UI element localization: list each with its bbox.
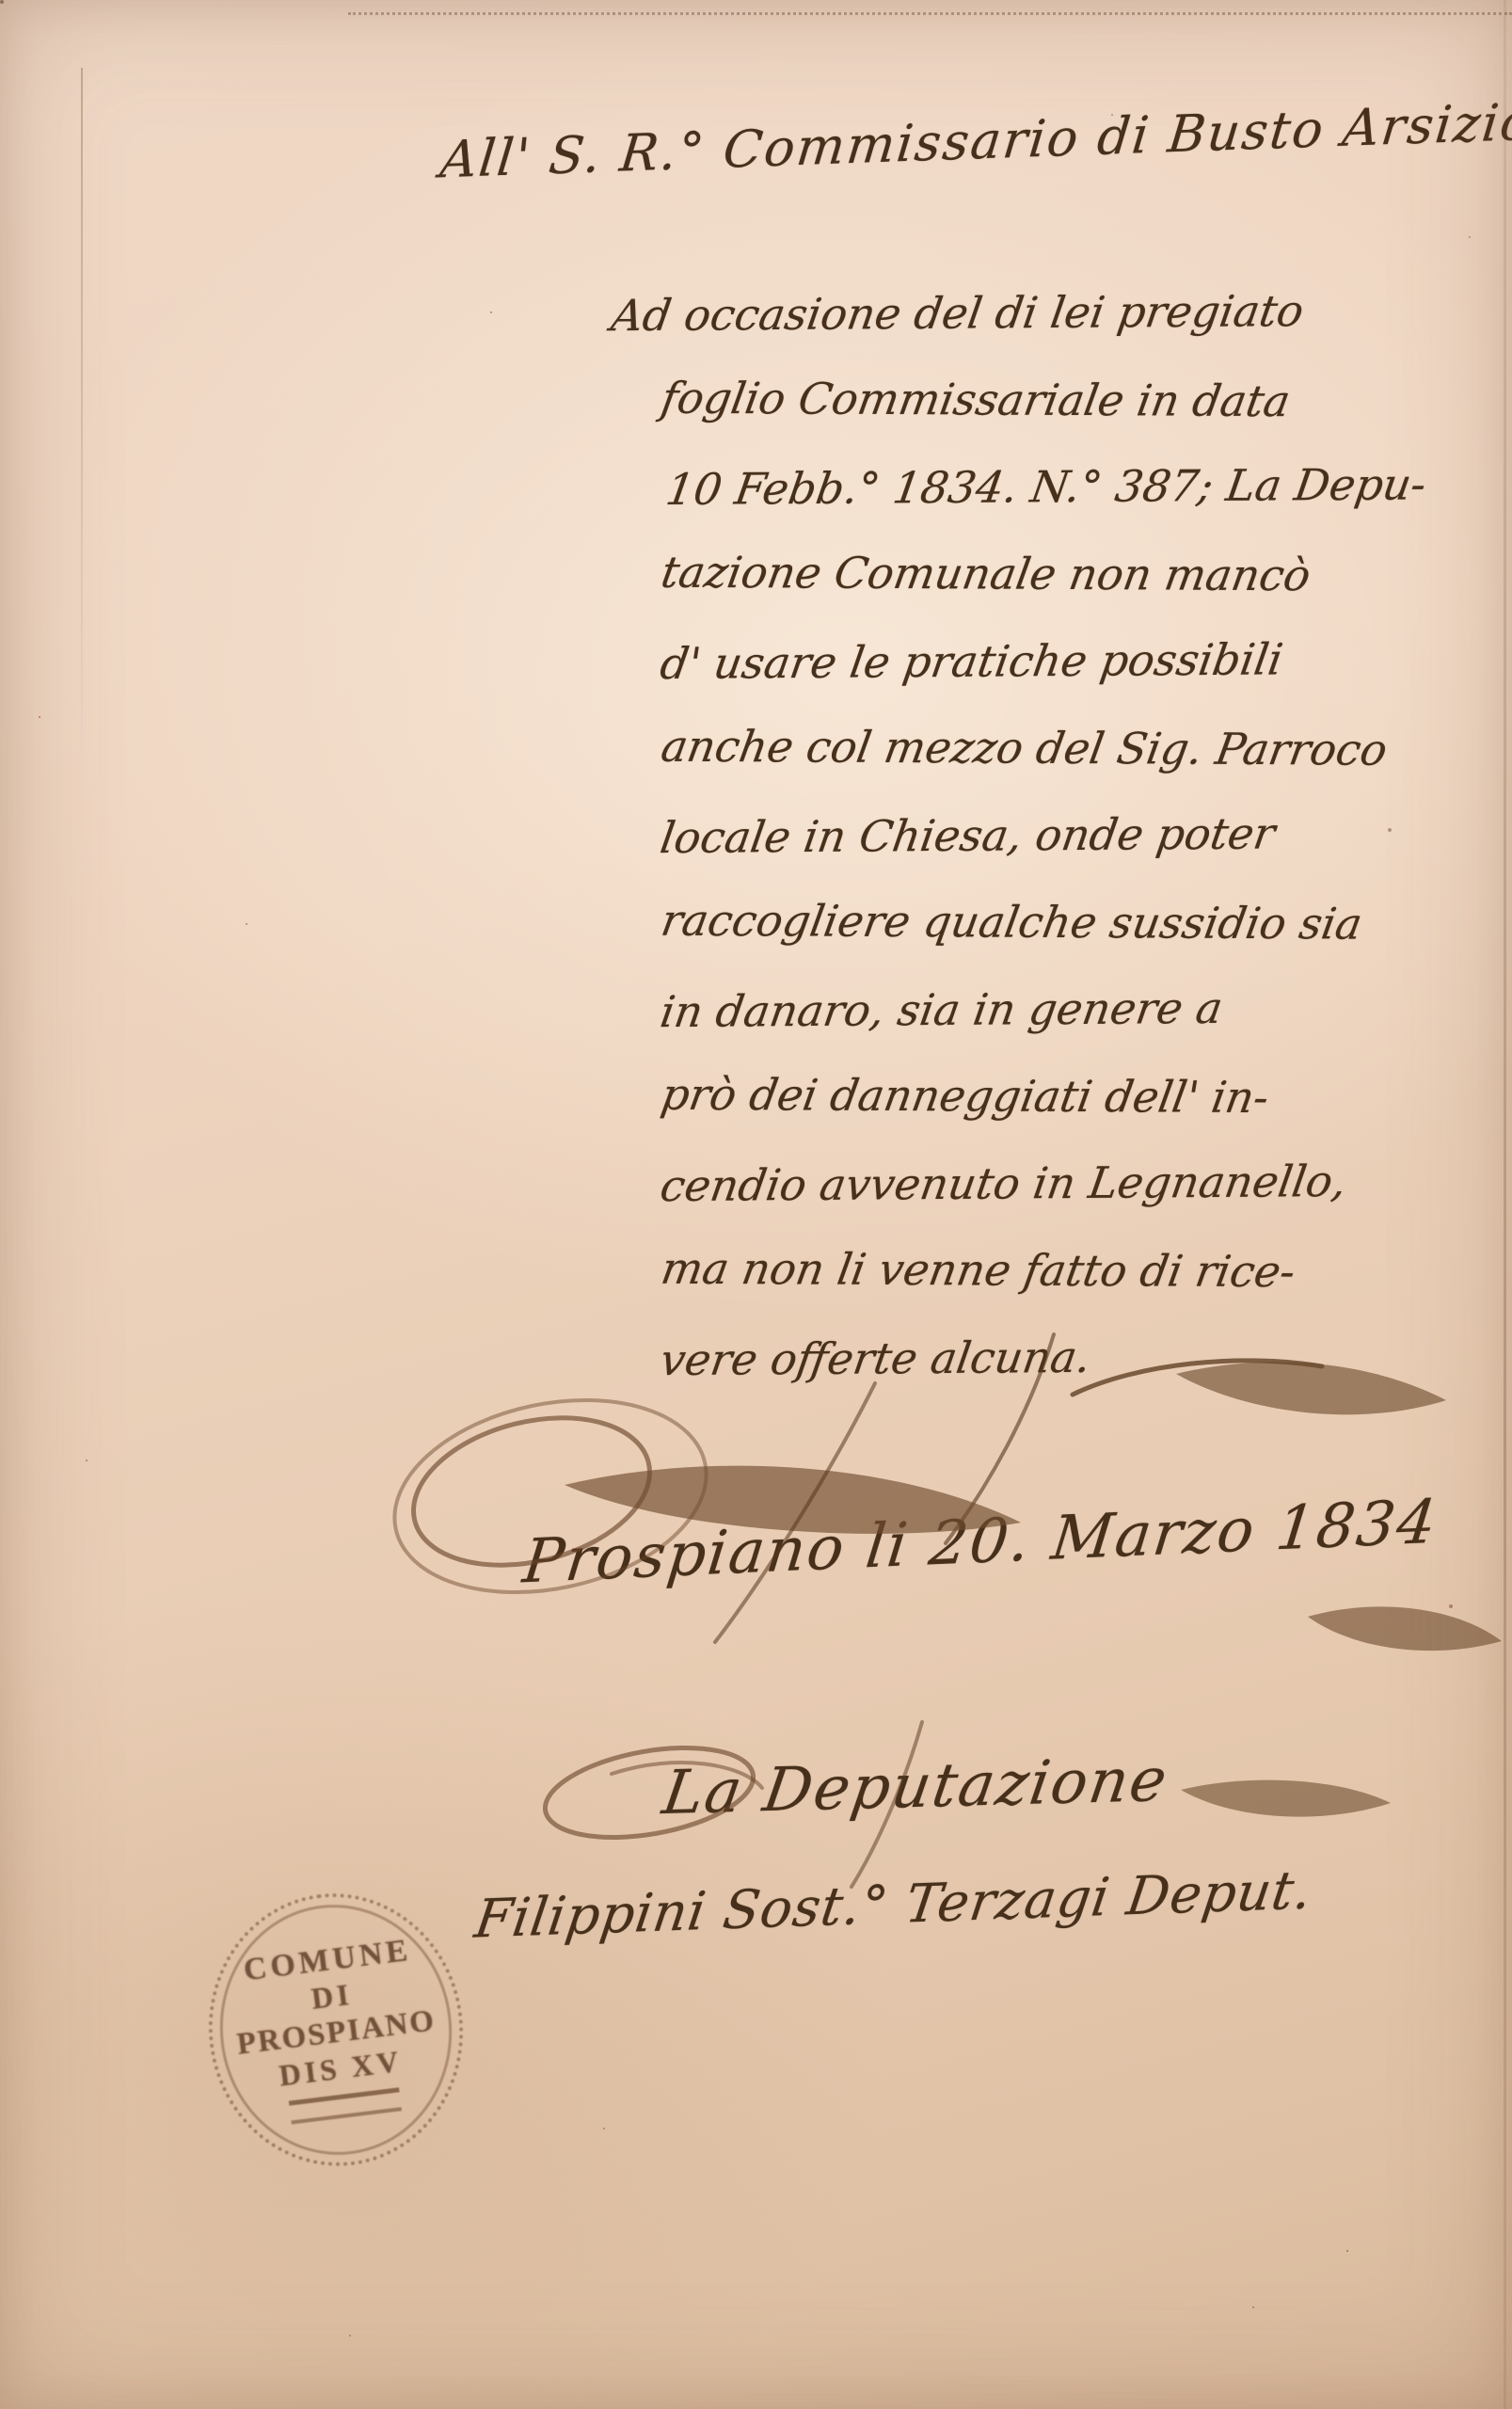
paper-edge-right [1504, 0, 1506, 2409]
stamp-underline-bars [289, 2087, 402, 2124]
body-line: d' usare le pratiche possibili [652, 632, 1494, 726]
paper-edge-left [81, 68, 83, 783]
body-line: prò dei danneggiati dell' in- [652, 1068, 1493, 1159]
body-line: ma non li venne fatto di rice- [652, 1242, 1493, 1333]
municipal-stamp: COMUNE DI PROSPIANO DIS XV [193, 1879, 478, 2181]
paper-specks [0, 0, 4, 4]
place-date-line: Prospiano li 20. Marzo 1834 [519, 1488, 1440, 1598]
body-line: tazione Comunale non mancò [652, 546, 1493, 637]
stamp-text: DIS XV [277, 2044, 404, 2095]
paper-edge-top [348, 12, 1512, 18]
addressee-line: All' S. R.° Commissario di Busto Arsizio [438, 92, 1512, 190]
signature-names: Filippini Sost.° Terzagi Deput. [471, 1859, 1316, 1950]
stamp-text: DI [310, 1977, 355, 2018]
body-line: 10 Febb.° 1834. N.° 387; La Depu- [658, 458, 1494, 551]
body-line: Ad occasione del di lei pregiato [602, 284, 1493, 377]
body-line: raccogliere qualche sussidio sia [652, 894, 1493, 985]
stamp-text: COMUNE [242, 1932, 413, 1990]
body-line: vere offerte alcuna. [652, 1329, 1494, 1422]
manuscript-page: All' S. R.° Commissario di Busto Arsizio… [0, 0, 1512, 2409]
signature-organization: La Deputazione [659, 1746, 1173, 1828]
body-line: in danaro, sia in genere a [652, 981, 1494, 1074]
body-line: anche col mezzo del Sig. Parroco [652, 720, 1493, 811]
body-line: foglio Commissariale in data [652, 372, 1493, 463]
body-line: cendio avvenuto in Legnanello, [652, 1155, 1494, 1248]
stamp-text: PROSPIANO [235, 2002, 438, 2064]
body-line: locale in Chiesa, onde poter [652, 806, 1494, 900]
letter-body: Ad occasione del di lei pregiato foglio … [659, 287, 1487, 1419]
